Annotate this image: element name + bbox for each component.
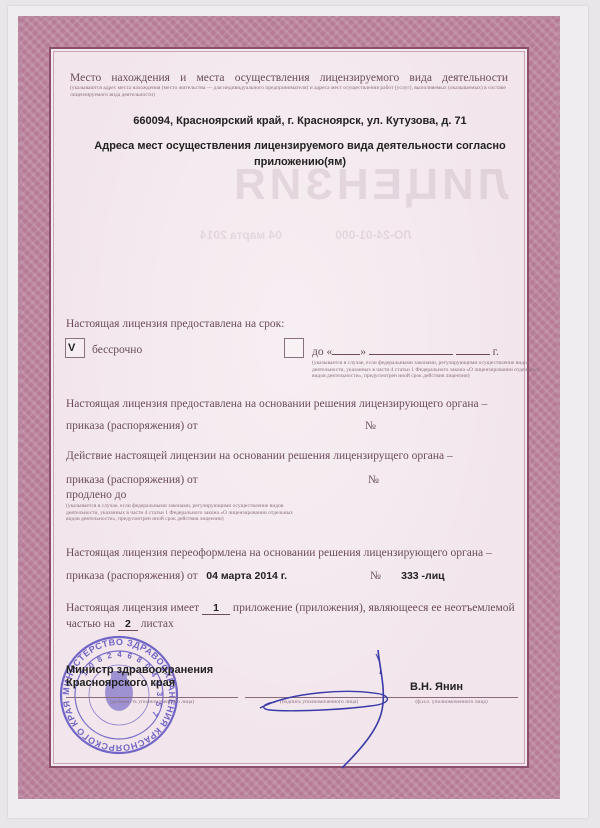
license-address: 660094, Красноярский край, г. Красноярск… — [60, 115, 540, 127]
extended-until-label: продлено до — [66, 489, 126, 501]
appendix-pages: 2 — [118, 618, 138, 631]
location-heading: Место нахождения и места осуществления л… — [70, 72, 508, 84]
appendix-count: 1 — [202, 602, 230, 615]
extended-number-label: № — [368, 474, 379, 486]
signatory-position: Министр здравоохранения Красноярского кр… — [66, 664, 213, 690]
appendix-pages-line: частью на 2 листах — [66, 618, 174, 631]
extended-note: (указывается в случае, если федеральными… — [66, 503, 296, 523]
location-note: (указываются адрес места нахождения (мес… — [70, 85, 508, 98]
handwritten-signature-icon — [230, 640, 430, 770]
reissued-number: 333 -лиц — [401, 570, 445, 582]
reissued-date: 04 марта 2014 г. — [206, 570, 287, 582]
official-stamp-icon: МИНИСТЕРСТВО ЗДРАВООХРАНЕНИЯ КРАСНОЯРСКО… — [57, 633, 181, 757]
appendix-line: Настоящая лицензия имеет 1 приложение (п… — [66, 602, 515, 615]
granted-order-label: приказа (распоряжения) от — [66, 420, 198, 432]
check-mark-icon: V — [68, 342, 75, 354]
activity-places-heading: Адреса мест осуществления лицензируемого… — [60, 138, 540, 170]
reissued-number-line: № 333 -лиц — [370, 570, 445, 582]
until-date-line: до «» г. — [312, 344, 499, 358]
granted-number-label: № — [365, 420, 376, 432]
position-caption: (должность уполномоченного лица) — [66, 699, 238, 705]
position-line — [66, 697, 238, 698]
extended-order-label: приказа (распоряжения) от — [66, 474, 198, 486]
reissued-order-line: приказа (распоряжения) от 04 марта 2014 … — [66, 570, 287, 582]
granted-heading: Настоящая лицензия предоставлена на осно… — [66, 398, 487, 410]
extended-heading: Действие настоящей лицензии на основании… — [66, 450, 453, 462]
until-date-note: (указывается в случае, если федеральными… — [312, 360, 540, 380]
reissued-heading: Настоящая лицензия переоформлена на осно… — [66, 547, 492, 559]
term-heading: Настоящая лицензия предоставлена на срок… — [66, 318, 284, 330]
indefinite-checkbox[interactable]: V — [65, 338, 85, 358]
until-date-checkbox[interactable] — [284, 338, 304, 358]
indefinite-label: бессрочно — [92, 344, 142, 356]
